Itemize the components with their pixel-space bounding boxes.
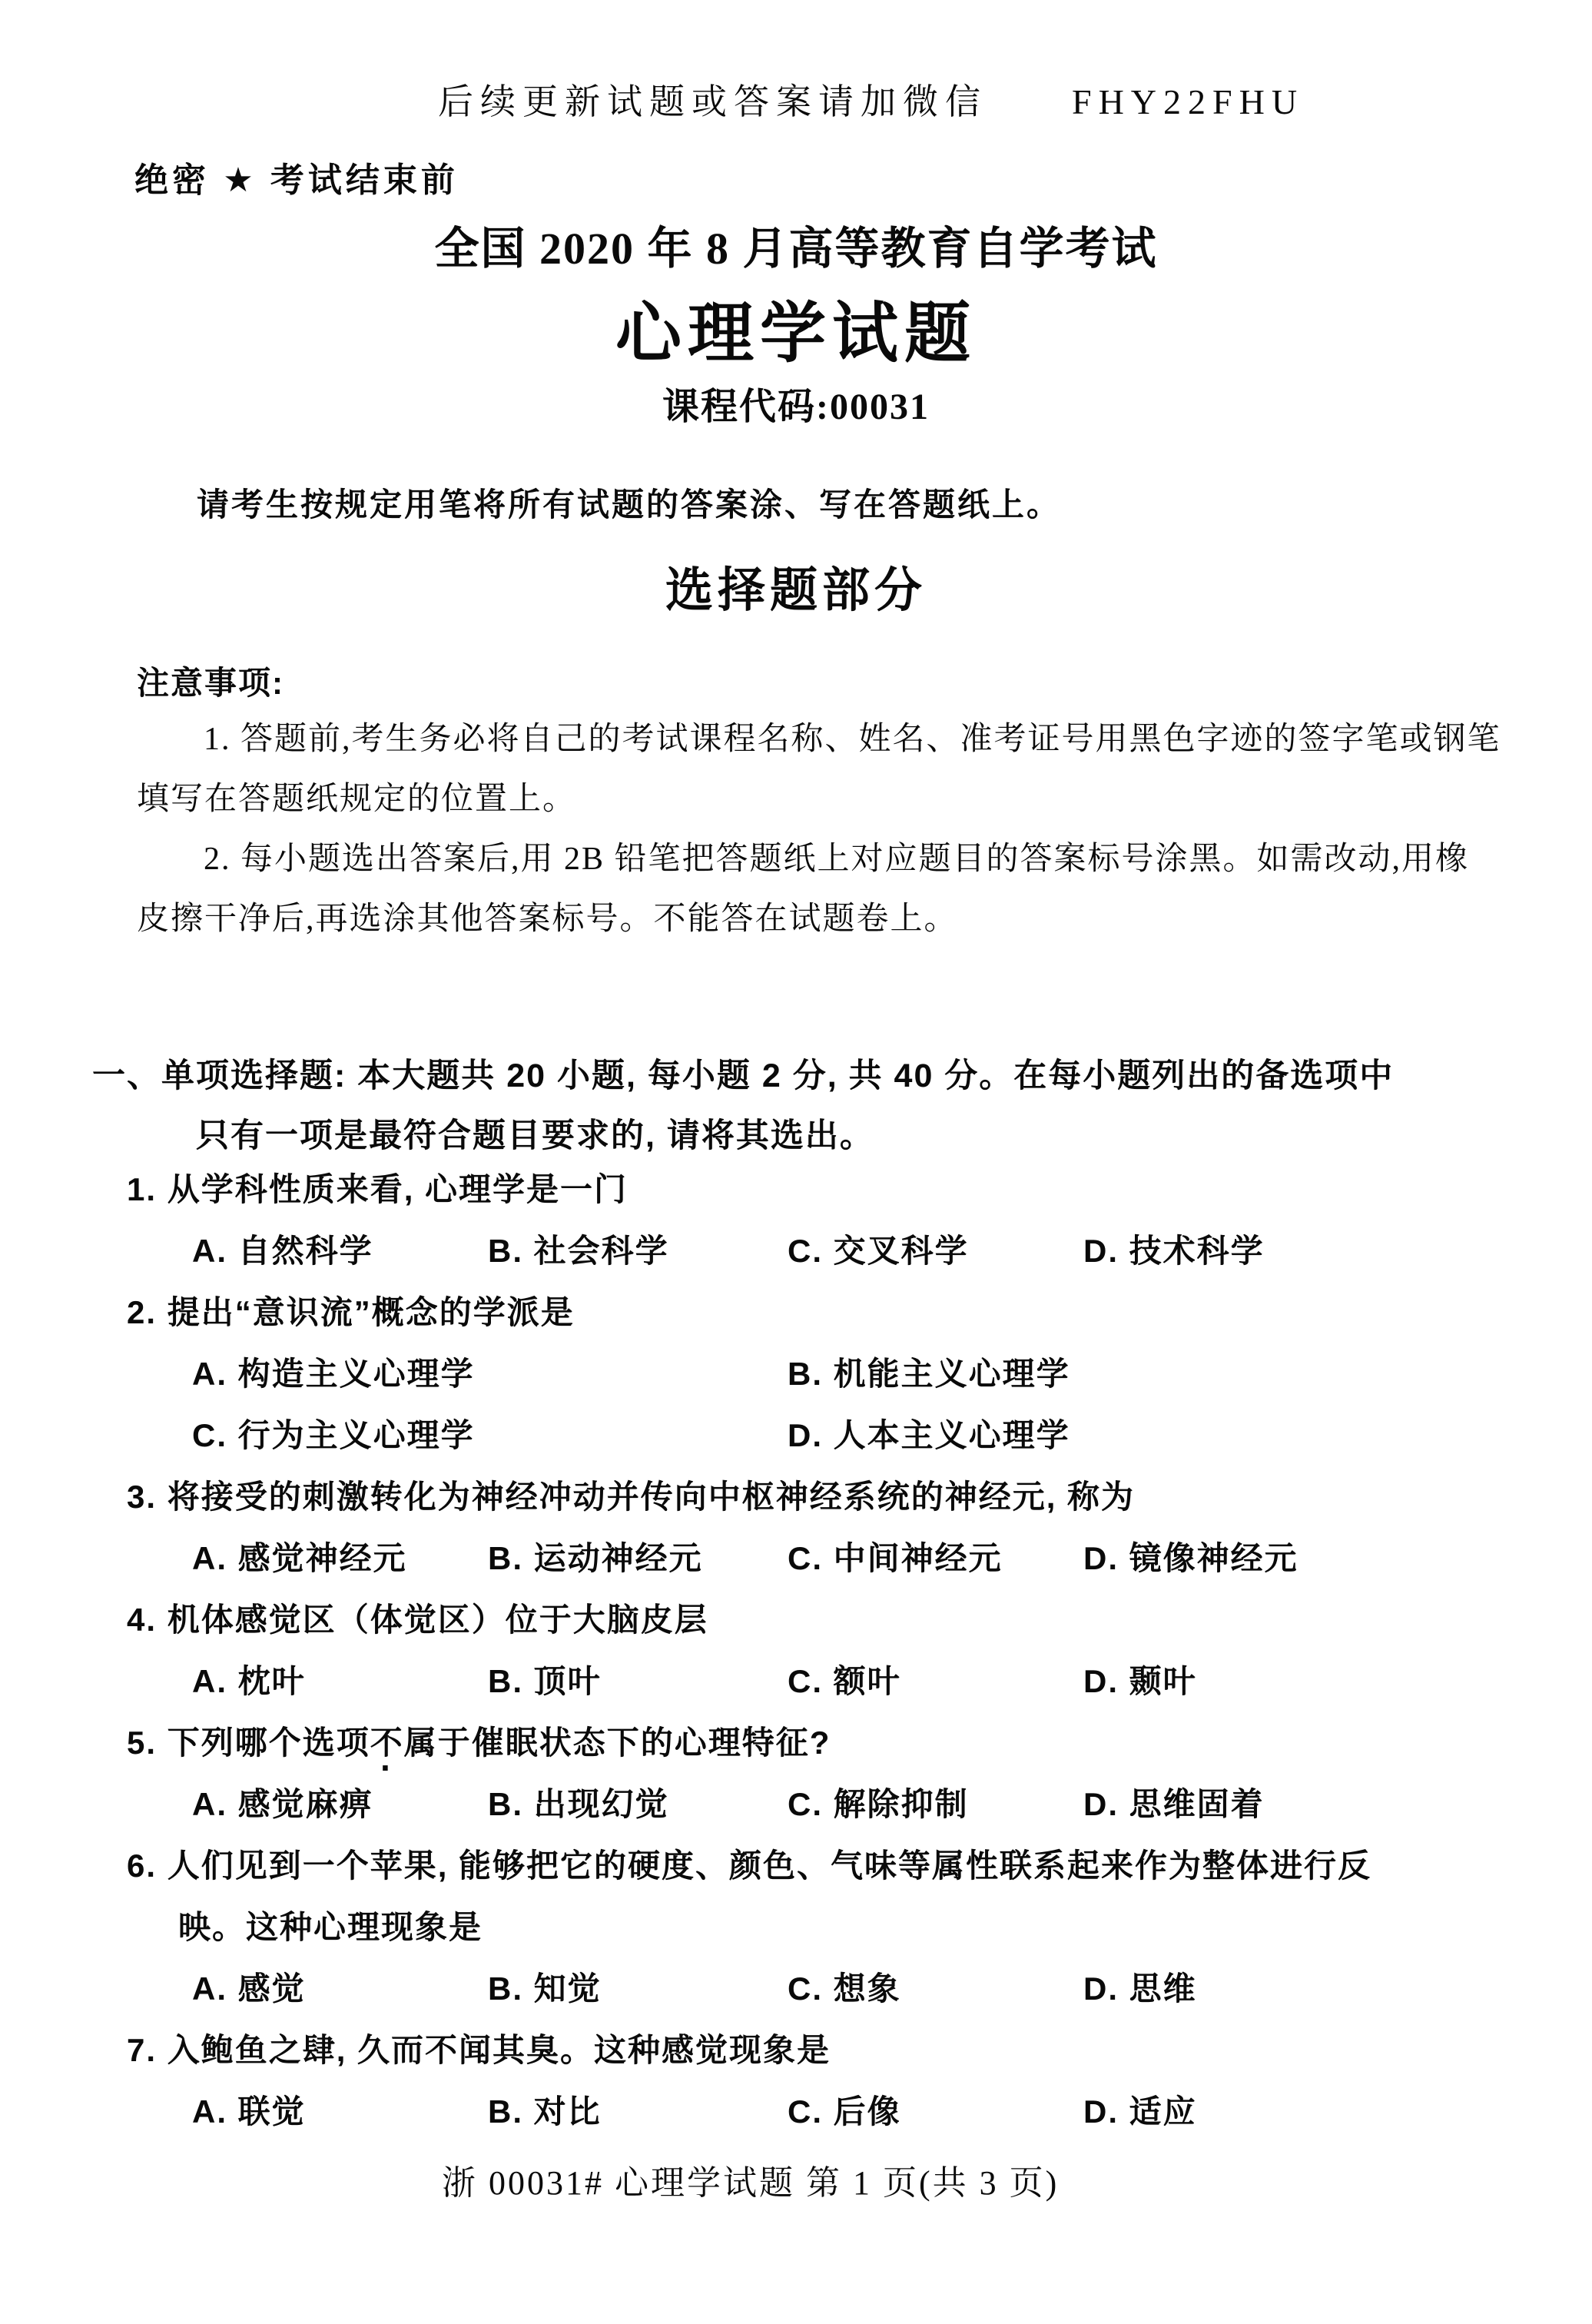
option-c: C. 后像 xyxy=(788,2081,901,2143)
stem-text-post: 属于催眠状态下的心理特征? xyxy=(404,1725,831,1761)
option-c: C. 行为主义心理学 xyxy=(192,1405,475,1466)
option-a: A. 自然科学 xyxy=(192,1220,373,1282)
question-5-stem: 5. 下列哪个选项不属于催眠状态下的心理特征? xyxy=(0,1712,1592,1774)
question-5-options: A. 感觉麻痹 B. 出现幻觉 C. 解除抑制 D. 思维固着 xyxy=(0,1774,1592,1835)
option-a: A. 感觉 xyxy=(192,1958,306,2020)
option-b: B. 机能主义心理学 xyxy=(788,1343,1070,1405)
note-item-1-line-2: 填写在答题纸规定的位置上。 xyxy=(137,773,576,819)
section-title: 选择题部分 xyxy=(0,552,1592,620)
option-d: D. 思维固着 xyxy=(1083,1774,1265,1835)
option-b: B. 社会科学 xyxy=(488,1220,669,1282)
question-6-options: A. 感觉 B. 知觉 C. 想象 D. 思维 xyxy=(0,1958,1592,2020)
answer-sheet-instruction: 请考生按规定用笔将所有试题的答案涂、写在答题纸上。 xyxy=(197,480,1061,526)
option-a: A. 感觉神经元 xyxy=(192,1528,407,1589)
option-a: A. 感觉麻痹 xyxy=(192,1774,373,1835)
question-4-stem: 4. 机体感觉区（体觉区）位于大脑皮层 xyxy=(0,1589,1592,1651)
question-1-options: A. 自然科学 B. 社会科学 C. 交叉科学 D. 技术科学 xyxy=(0,1220,1592,1282)
question-list: 1. 从学科性质来看, 心理学是一门 A. 自然科学 B. 社会科学 C. 交叉… xyxy=(0,1159,1592,2143)
wechat-update-notice: 后续更新试题或答案请加微信 FHY22FHU xyxy=(438,74,1304,124)
option-c: C. 想象 xyxy=(788,1958,901,2020)
part1-heading-line-2: 只有一项是最符合题目要求的, 请将其选出。 xyxy=(196,1110,874,1157)
page-footer: 浙 00031# 心理学试题 第 1 页(共 3 页) xyxy=(442,2155,1059,2204)
question-2-stem: 2. 提出“意识流”概念的学派是 xyxy=(0,1282,1592,1343)
notes-title: 注意事项: xyxy=(137,658,284,704)
option-c: C. 中间神经元 xyxy=(788,1528,1003,1589)
option-b: B. 运动神经元 xyxy=(488,1528,703,1589)
option-b: B. 对比 xyxy=(488,2081,602,2143)
option-c: C. 额叶 xyxy=(788,1651,901,1712)
option-d: D. 人本主义心理学 xyxy=(788,1405,1070,1466)
question-7-stem: 7. 入鲍鱼之肆, 久而不闻其臭。这种感觉现象是 xyxy=(0,2020,1592,2081)
question-6-stem-line-2: 映。这种心理现象是 xyxy=(0,1897,1592,1958)
option-b: B. 顶叶 xyxy=(488,1651,602,1712)
paper-title: 心理学试题 xyxy=(0,280,1592,375)
exam-paper-page: 后续更新试题或答案请加微信 FHY22FHU 绝密 ★ 考试结束前 全国 202… xyxy=(0,0,1592,2324)
question-2-options-row-1: A. 构造主义心理学 B. 机能主义心理学 xyxy=(0,1343,1592,1405)
option-a: A. 联觉 xyxy=(192,2081,306,2143)
option-d: D. 技术科学 xyxy=(1083,1220,1265,1282)
question-3-options: A. 感觉神经元 B. 运动神经元 C. 中间神经元 D. 镜像神经元 xyxy=(0,1528,1592,1589)
question-4-options: A. 枕叶 B. 顶叶 C. 额叶 D. 颞叶 xyxy=(0,1651,1592,1712)
question-7-options: A. 联觉 B. 对比 C. 后像 D. 适应 xyxy=(0,2081,1592,2143)
option-a: A. 枕叶 xyxy=(192,1651,306,1712)
option-d: D. 镜像神经元 xyxy=(1083,1528,1298,1589)
exam-title: 全国 2020 年 8 月高等教育自学考试 xyxy=(0,212,1592,277)
note-item-1-line-1: 1. 答题前,考生务必将自己的考试课程名称、姓名、准考证号用黑色字迹的签字笔或钢… xyxy=(204,713,1501,759)
security-classification: 绝密 ★ 考试结束前 xyxy=(134,152,459,201)
option-d: D. 颞叶 xyxy=(1083,1651,1197,1712)
option-a: A. 构造主义心理学 xyxy=(192,1343,475,1405)
option-d: D. 思维 xyxy=(1083,1958,1197,2020)
question-1-stem: 1. 从学科性质来看, 心理学是一门 xyxy=(0,1159,1592,1220)
question-3-stem: 3. 将接受的刺激转化为神经冲动并传向中枢神经系统的神经元, 称为 xyxy=(0,1466,1592,1528)
question-6-stem-line-1: 6. 人们见到一个苹果, 能够把它的硬度、颜色、气味等属性联系起来作为整体进行反 xyxy=(0,1835,1592,1897)
option-b: B. 出现幻觉 xyxy=(488,1774,669,1835)
option-c: C. 解除抑制 xyxy=(788,1774,969,1835)
question-2-options-row-2: C. 行为主义心理学 D. 人本主义心理学 xyxy=(0,1405,1592,1466)
stem-emphasized-char: 不 xyxy=(370,1712,404,1774)
option-b: B. 知觉 xyxy=(488,1958,602,2020)
option-c: C. 交叉科学 xyxy=(788,1220,969,1282)
course-code: 课程代码:00031 xyxy=(0,377,1592,430)
option-d: D. 适应 xyxy=(1083,2081,1197,2143)
note-item-2-line-1: 2. 每小题选出答案后,用 2B 铅笔把答题纸上对应题目的答案标号涂黑。如需改动… xyxy=(204,833,1469,879)
part1-heading-line-1: 一、单项选择题: 本大题共 20 小题, 每小题 2 分, 共 40 分。在每小… xyxy=(92,1050,1394,1097)
note-item-2-line-2: 皮擦干净后,再选涂其他答案标号。不能答在试题卷上。 xyxy=(137,893,958,939)
stem-text-pre: 5. 下列哪个选项 xyxy=(127,1725,370,1761)
